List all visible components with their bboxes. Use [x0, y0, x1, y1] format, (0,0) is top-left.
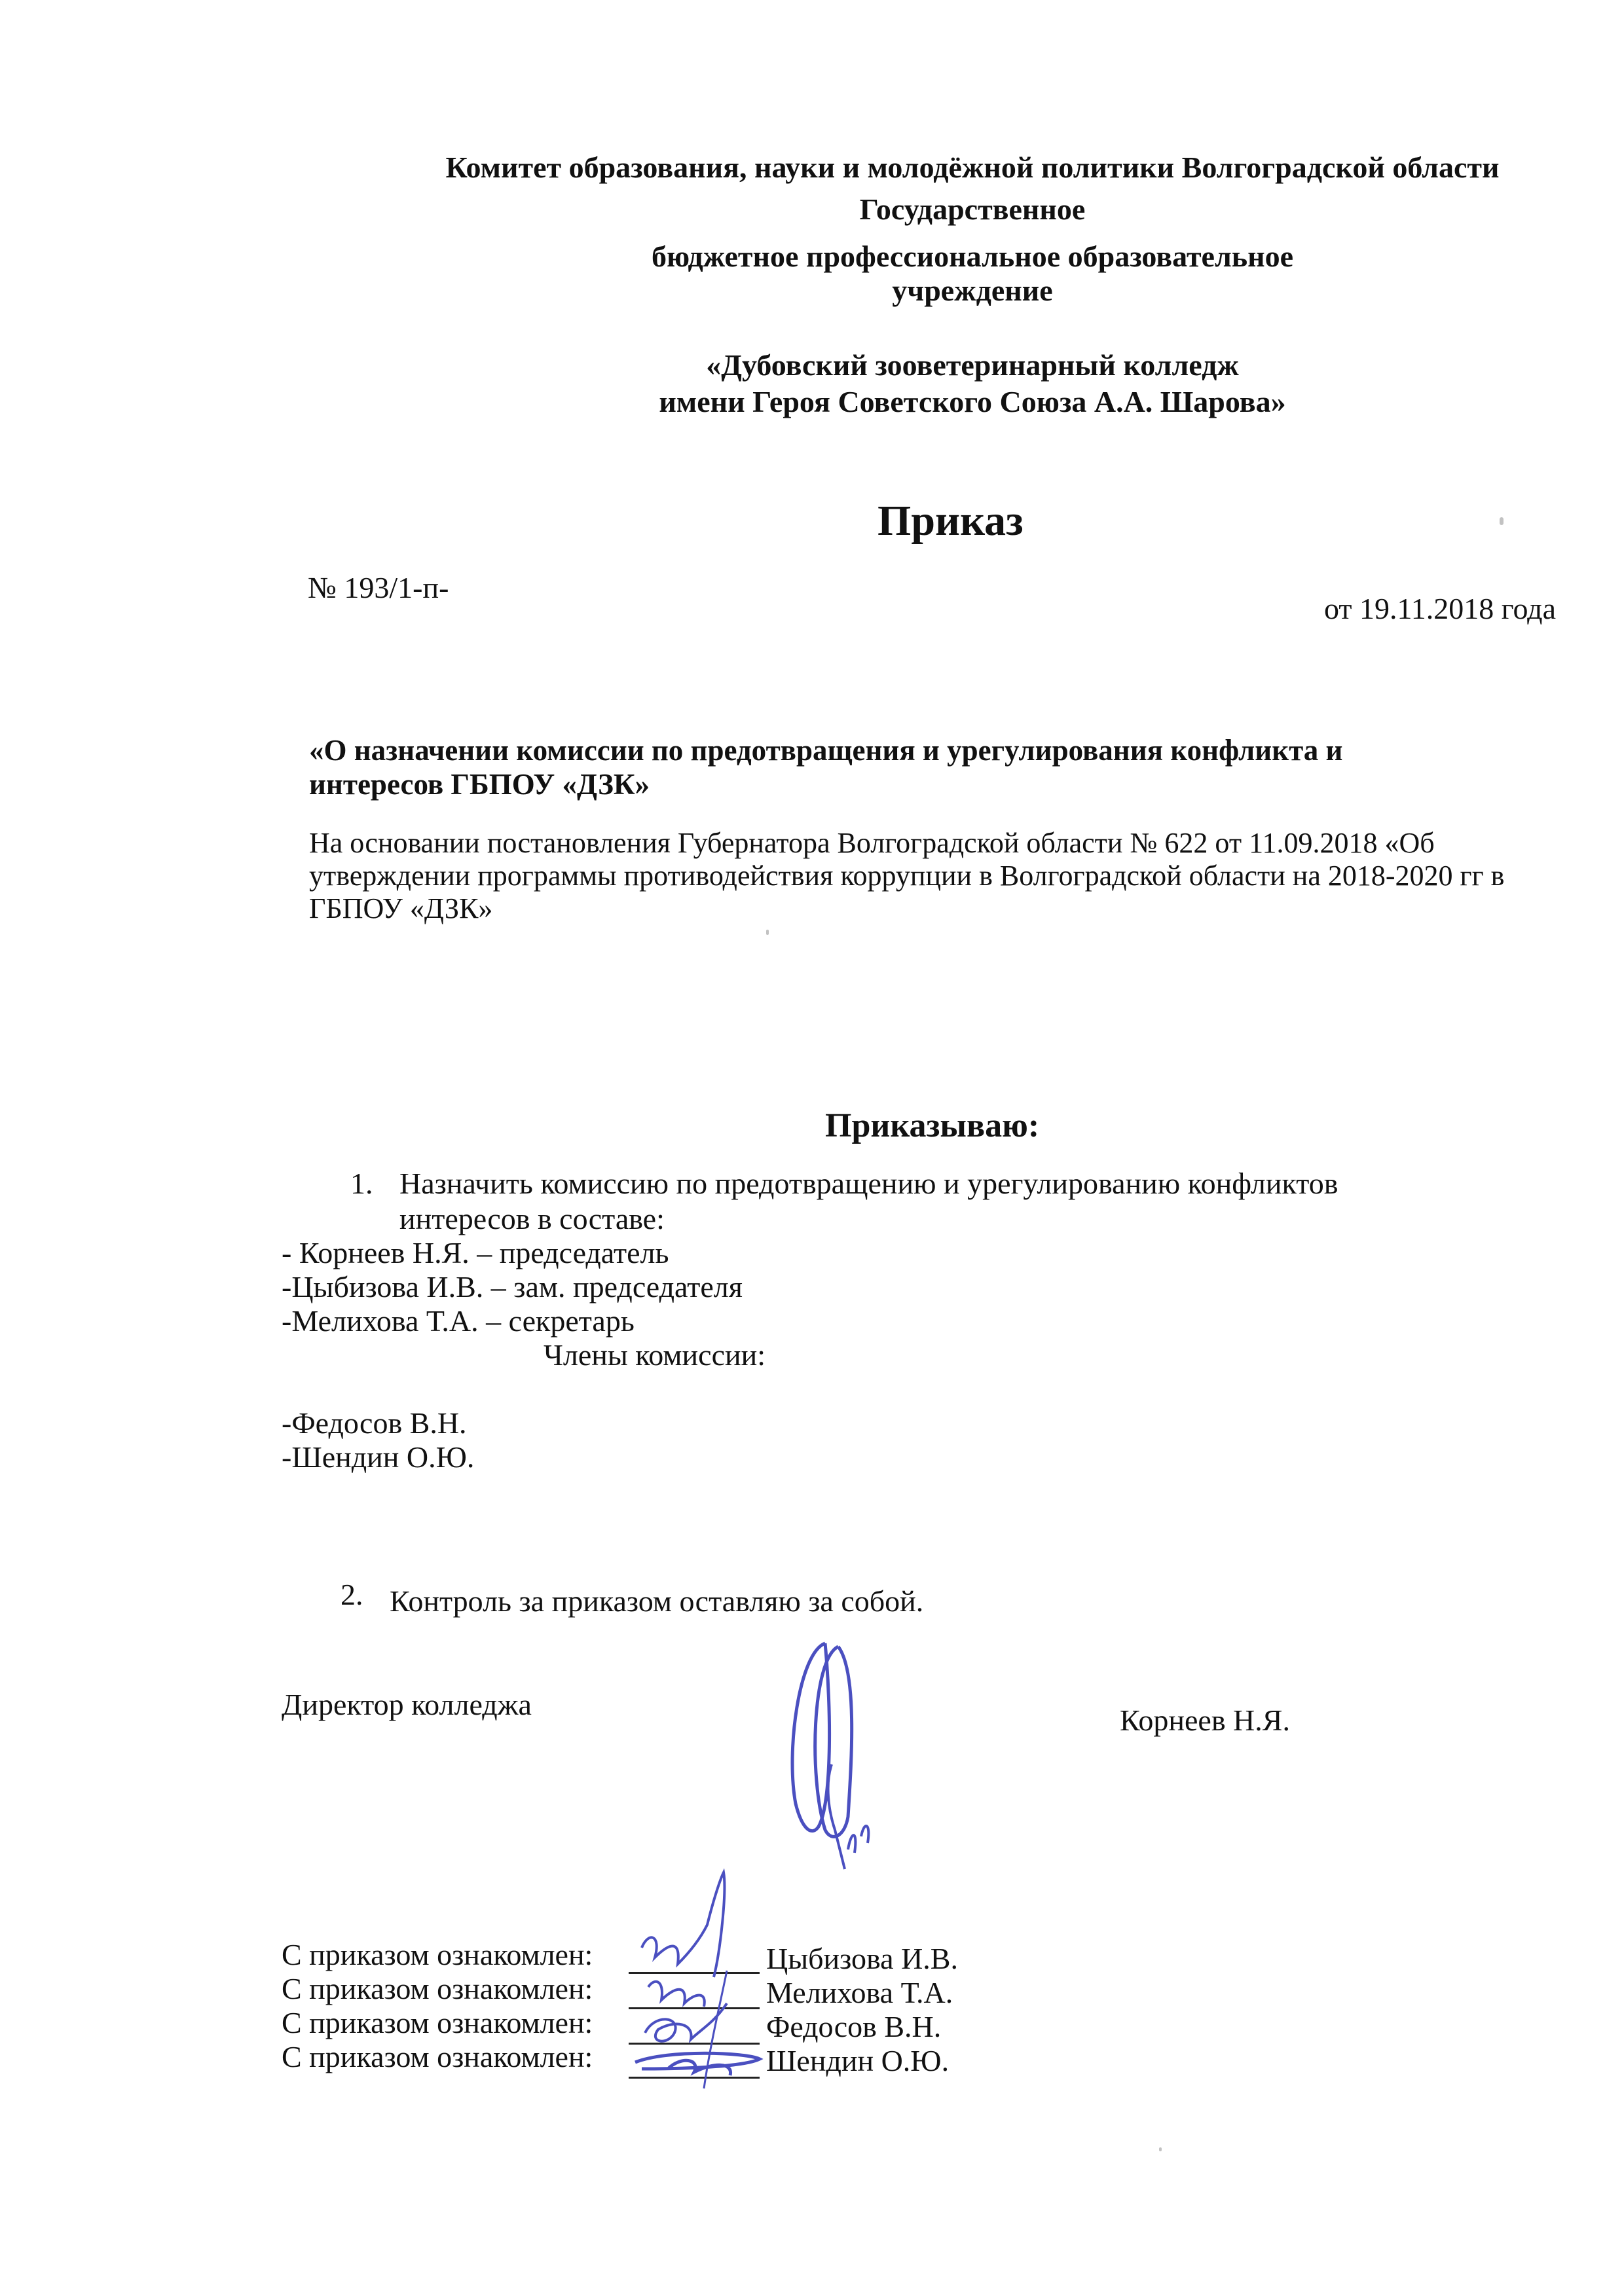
order-number: № 193/1-п- [308, 571, 449, 605]
member-fedosov: -Федосов В.Н. [282, 1406, 467, 1440]
signature-name: Корнеев Н.Я. [1120, 1704, 1290, 1738]
member-chairman: - Корнеев Н.Я. – председатель [282, 1236, 669, 1270]
ack-label-2: С приказом ознакомлен: [282, 1972, 593, 2006]
item-2-number: 2. [341, 1578, 363, 1612]
director-signature-icon [773, 1633, 943, 1876]
ack-label-3: С приказом ознакомлен: [282, 2006, 593, 2040]
scan-speck [1500, 517, 1504, 525]
member-shendin: -Шендин О.Ю. [282, 1440, 474, 1474]
header-college-honor: имени Героя Советского Союза А.А. Шарова… [367, 384, 1578, 420]
header-institution: учреждение [367, 272, 1578, 309]
header-state: Государственное [367, 191, 1578, 228]
header-college-name: «Дубовский зооветеринарный колледж [367, 347, 1578, 384]
item-1-number: 1. [350, 1167, 373, 1201]
member-secretary: -Мелихова Т.А. – секретарь [282, 1304, 635, 1338]
order-basis-line2: утверждении программы противодействия ко… [309, 859, 1504, 893]
ack-label-1: С приказом ознакомлен: [282, 1938, 593, 1972]
members-heading: Члены комиссии: [544, 1338, 766, 1372]
scan-speck [1159, 2147, 1162, 2151]
header-budget: бюджетное профессиональное образовательн… [367, 238, 1578, 275]
document-title: Приказ [877, 496, 1024, 546]
item-2-text: Контроль за приказом оставляю за собой. [390, 1584, 923, 1618]
order-subject-line1: «О назначении комиссии по предотвращения… [309, 733, 1342, 767]
acknowledgement-signatures-icon [629, 1872, 825, 2095]
member-deputy: -Цыбизова И.В. – зам. председателя [282, 1270, 743, 1304]
ack-label-4: С приказом ознакомлен: [282, 2040, 593, 2074]
order-basis-line1: На основании постановления Губернатора В… [309, 826, 1435, 860]
header-ministry: Комитет образования, науки и молодёжной … [367, 149, 1578, 186]
order-basis-line3: ГБПОУ «ДЗК» [309, 892, 492, 926]
item-1-text-line2: интересов в составе: [399, 1202, 665, 1236]
order-date: от 19.11.2018 года [1324, 592, 1556, 626]
order-subject-line2: интересов ГБПОУ «ДЗК» [309, 767, 650, 801]
item-1-text-line1: Назначить комиссию по предотвращению и у… [399, 1167, 1338, 1201]
scan-speck [766, 930, 769, 935]
order-heading: Приказываю: [825, 1106, 1039, 1145]
signature-position: Директор колледжа [282, 1688, 532, 1722]
